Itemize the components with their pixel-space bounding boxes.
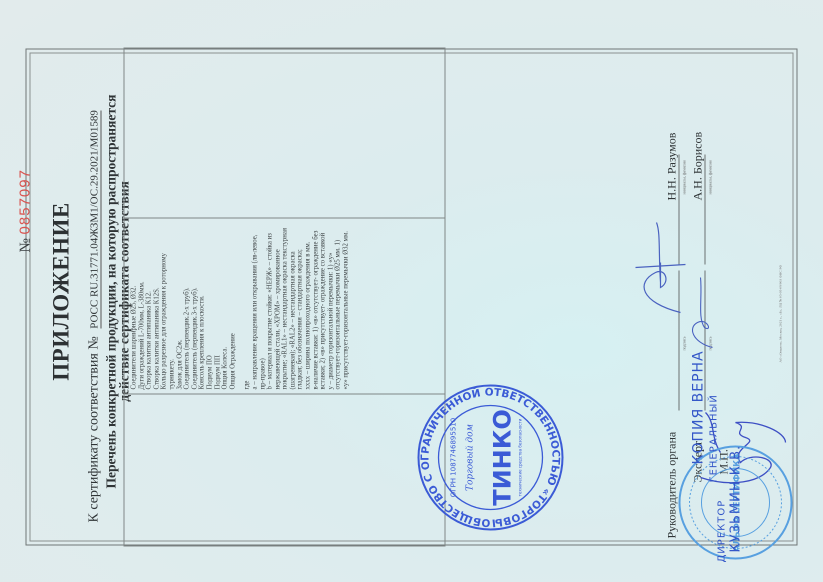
company-seal-icon: ОБЩЕСТВО С ОГРАНИЧЕННОЙ ОТВЕТСТВЕННОСТЬЮ… [415,382,565,532]
name-caption: инициалы, фамилия [707,160,712,194]
form-number-label: № [17,238,33,252]
copy-stamp-line1: КОПИЯ ВЕРНА [690,350,706,464]
form-number: № 0857097 [16,169,34,252]
legend-title: где [243,221,251,389]
printing-imprint: АО «Опцион», Москва, 2021 г., «Б», ЛЦ № … [778,264,782,362]
copy-stamp-title-left: ГЕНЕРАЛЬНЫЙ [708,394,719,482]
product-line: Дуги ограждений L-700мм, L-380мм. [138,221,146,389]
signature-expert-icon [682,267,722,357]
company-seal-logo: ТИНКО [488,409,516,506]
product-line: Подиум ПО [206,221,214,389]
signatory-name: Н.Н. Разумов [664,132,679,200]
section-heading-line-1: Перечень конкретной продукции, на котору… [104,40,117,542]
legend-line: вставки; 2) «в» присутствует- ограждение… [319,221,327,389]
company-seal-ogrn: ОГРН 1087746895510 [449,417,457,496]
scanned-page: № 0857097 ПРИЛОЖЕНИЕ К сертификату соотв… [0,0,823,582]
product-line: Подиум ПП [214,221,222,389]
certificate-appendix: № 0857097 ПРИЛОЖЕНИЕ К сертификату соотв… [0,0,823,582]
product-line: Консоль крепления к плоскости. [198,221,206,389]
legend-line: (шагреневая); «RAL2» – нестандартная окр… [289,221,297,389]
product-line: Соединитель (перпендик.2-х труб). [183,221,191,389]
column-divider [124,217,444,218]
product-line: Соединители шарнирные Ø25, Ø32. [130,221,138,389]
copy-stamp-title-right: ДИРЕКТОР [716,499,727,562]
product-list: Соединители шарнирные Ø25, Ø32.Дуги огра… [130,221,236,389]
legend-line: пр-правое) [259,221,267,389]
product-table: Соединители шарнирные Ø25, Ø32.Дуги огра… [123,47,445,546]
product-line: Опция Ограждение [229,221,237,389]
product-line: Створка калитки антипаника К12. [145,221,153,389]
product-list-cell: Соединители шарнирные Ø25, Ø32.Дуги огра… [130,221,350,389]
certificate-number: РОСС RU.31771.04ЖЗМ1/ОС.29.2021/М01589 [88,110,101,329]
copy-stamp-name: КУЗЬМИН К.В. [728,444,743,552]
legend-line: гладкая; без обозначения – стандартная о… [296,221,304,389]
legend-line: нержавеющей стали, «ХРОМ» – хромированно… [274,221,282,389]
form-number-value: 0857097 [16,169,33,234]
product-line: Кольцо разрезное для ограждения к роторн… [160,221,168,389]
product-line: Замок для ОС2ж. [176,221,184,389]
certificate-reference-label: К сертификату соответствия № [86,336,101,522]
legend-line: b – материал и покрытие стойки: «НЕРЖ» –… [266,221,274,389]
product-line: Опция Колеса. [221,221,229,389]
legend-line: хххх – ширина полнопроходного ограждения… [304,221,312,389]
column-divider [124,393,444,394]
page-title: ПРИЛОЖЕНИЕ [48,0,74,582]
company-seal-script: Торговый дом [465,424,475,491]
legend-line: в-наличие вставки: 1) «в» отсутствует- о… [312,221,320,389]
legend-line: a – направление вращения или открывания … [251,221,259,389]
signatory-name: А.Н. Борисов [690,131,705,200]
legend-list: a – направление вращения или открывания … [251,221,350,389]
legend-line: «y» присутствует-горизонтальные перемычк… [342,221,350,389]
product-line: Соединитель (перпендик.3-х труб). [191,221,199,389]
legend-line: отсутствует-горизонтальные перемычки Ø25… [334,221,342,389]
legend-line: покрытие; «RAL1» – нестандартная окраска… [281,221,289,389]
product-line: Створка калитки антипаника К12S. [153,221,161,389]
legend-line: y – диаметр горизонтальной перемычки: 1)… [327,221,335,389]
certificate-reference: К сертификату соответствия № РОСС RU.317… [86,110,102,522]
product-line: турникету. [168,221,176,389]
name-caption: инициалы, фамилия [681,160,686,194]
signature-head-icon [630,212,690,322]
company-seal-logo-sub: технические средства безопасности [517,418,522,496]
